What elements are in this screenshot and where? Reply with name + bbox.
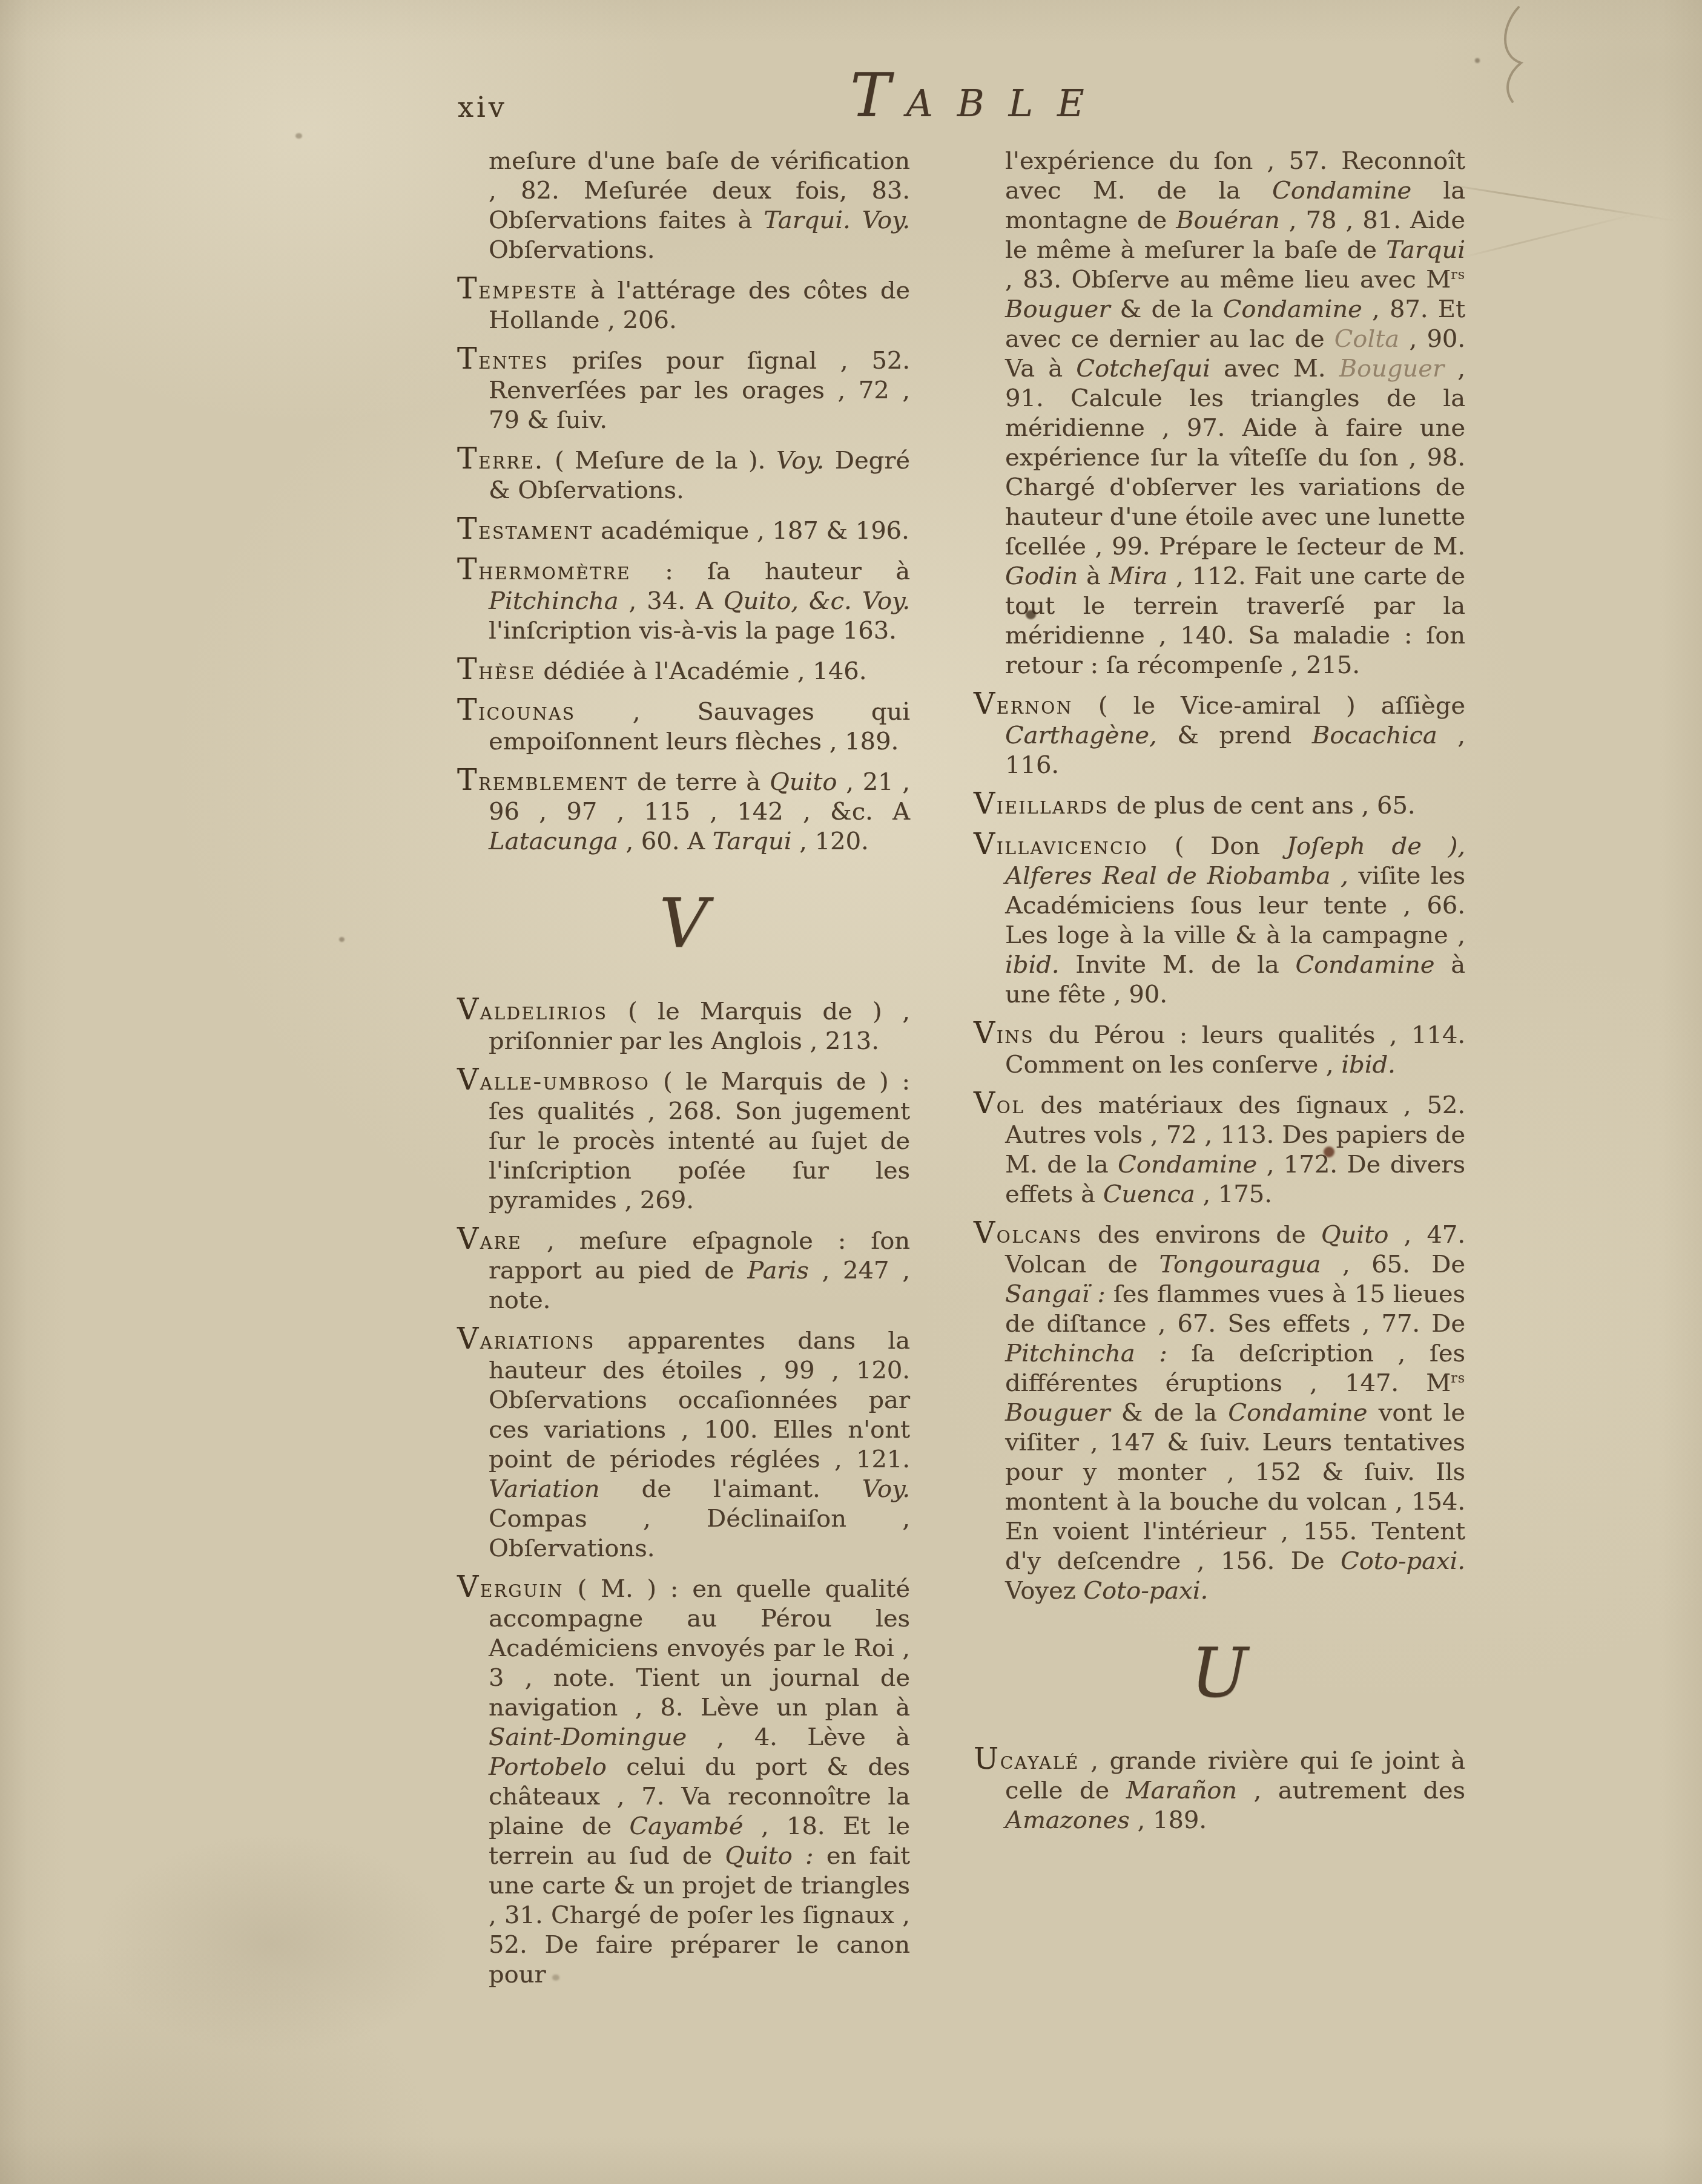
index-entry: Testament académique , 187 & 196. [457,516,910,546]
index-entry: Tremblement de terre à Quito , 21 , 96 ,… [457,768,910,857]
entry-headword: Variations [457,1327,595,1355]
index-entry: Valle-umbroso ( le Marquis de ) : ſes qu… [457,1067,910,1215]
entry-headword: Vare [457,1227,522,1255]
index-entry: meſure d'une baſe de vérification , 82. … [457,146,910,265]
running-title-initial: T [850,65,906,126]
index-entry: Vins du Pérou : leurs qualités , 114. Co… [974,1021,1465,1080]
ink-stain [1324,1146,1334,1157]
entry-headword: Valdelirios [457,998,607,1025]
book-page: xiv T ABLE meſure d'une baſe de vérifica… [0,0,1702,2184]
index-entry: Ticounas , Sauvages qui empoiſonnent leu… [457,697,910,757]
entry-headword: Terre. [457,447,544,475]
index-entry: Terre. ( Meſure de la ). Voy. Degré & Ob… [457,446,910,505]
index-column-left: meſure d'une baſe de vérification , 82. … [457,146,910,2001]
paper-crease [1460,213,1637,258]
entry-headword: Vins [974,1021,1034,1049]
pen-mark [1481,4,1554,107]
index-entry: Tentes priſes pour ſignal , 52. Renverſé… [457,346,910,435]
entry-headword: Vernon [974,692,1073,720]
ink-speck [295,133,302,139]
index-entry: Vol des matériaux des ſignaux , 52. Autr… [974,1091,1465,1209]
running-title: T ABLE [850,65,1109,126]
entry-headword: Tentes [457,347,549,375]
entry-headword: Ticounas [457,698,576,726]
ink-speck [1475,58,1480,63]
index-entry: Valdelirios ( le Marquis de ) , priſonni… [457,997,910,1056]
index-entry: Thermomètre : ſa hauteur à Pitchincha , … [457,557,910,646]
entry-headword: Vol [974,1091,1024,1119]
index-entry: Vieillards de plus de cent ans , 65. [974,791,1465,821]
index-entry: Volcans des environs de Quito , 47. Volc… [974,1220,1465,1606]
index-entry: Ucayalé , grande rivière qui ſe joint à … [974,1746,1465,1835]
entry-headword: Valle-umbroso [457,1068,650,1096]
index-entry: Verguin ( M. ) : en quelle qualité accom… [457,1574,910,1990]
section-heading-V: V [457,890,910,958]
entry-headword: Thèse [457,657,536,685]
ink-speck [339,937,345,942]
index-column-right: l'expérience du ſon , 57. Reconnoît avec… [974,146,1465,1846]
page-number: xiv [458,91,507,123]
paper-crease [1436,182,1676,222]
index-entry: Tempeste à l'attérage des côtes de Holla… [457,276,910,335]
entry-headword: Vieillards [974,792,1109,820]
entry-headword: Ucayalé [974,1747,1080,1775]
entry-headword: Villavicencio [974,832,1148,860]
entry-headword: Testament [457,517,593,545]
section-heading-U: U [974,1639,1465,1707]
index-entry: Thèse dédiée à l'Académie , 146. [457,657,910,686]
index-entry: Vernon ( le Vice-amiral ) aſſiège Cartha… [974,691,1465,780]
index-entry: Villavicencio ( Don Joſeph de ), Alferes… [974,832,1465,1010]
index-entry: Vare , meſure eſpagnole : ſon rapport au… [457,1226,910,1315]
entry-headword: Verguin [457,1575,564,1603]
ink-blot [1026,610,1036,619]
ink-speck [552,1975,559,1981]
index-entry: Variations apparentes dans la hauteur de… [457,1326,910,1564]
entry-headword: Tempeste [457,277,578,304]
running-title-rest: ABLE [906,85,1109,122]
index-entry: l'expérience du ſon , 57. Reconnoît avec… [974,146,1465,680]
entry-headword: Tremblement [457,768,628,796]
entry-headword: Volcans [974,1221,1083,1249]
entry-headword: Thermomètre [457,558,631,585]
